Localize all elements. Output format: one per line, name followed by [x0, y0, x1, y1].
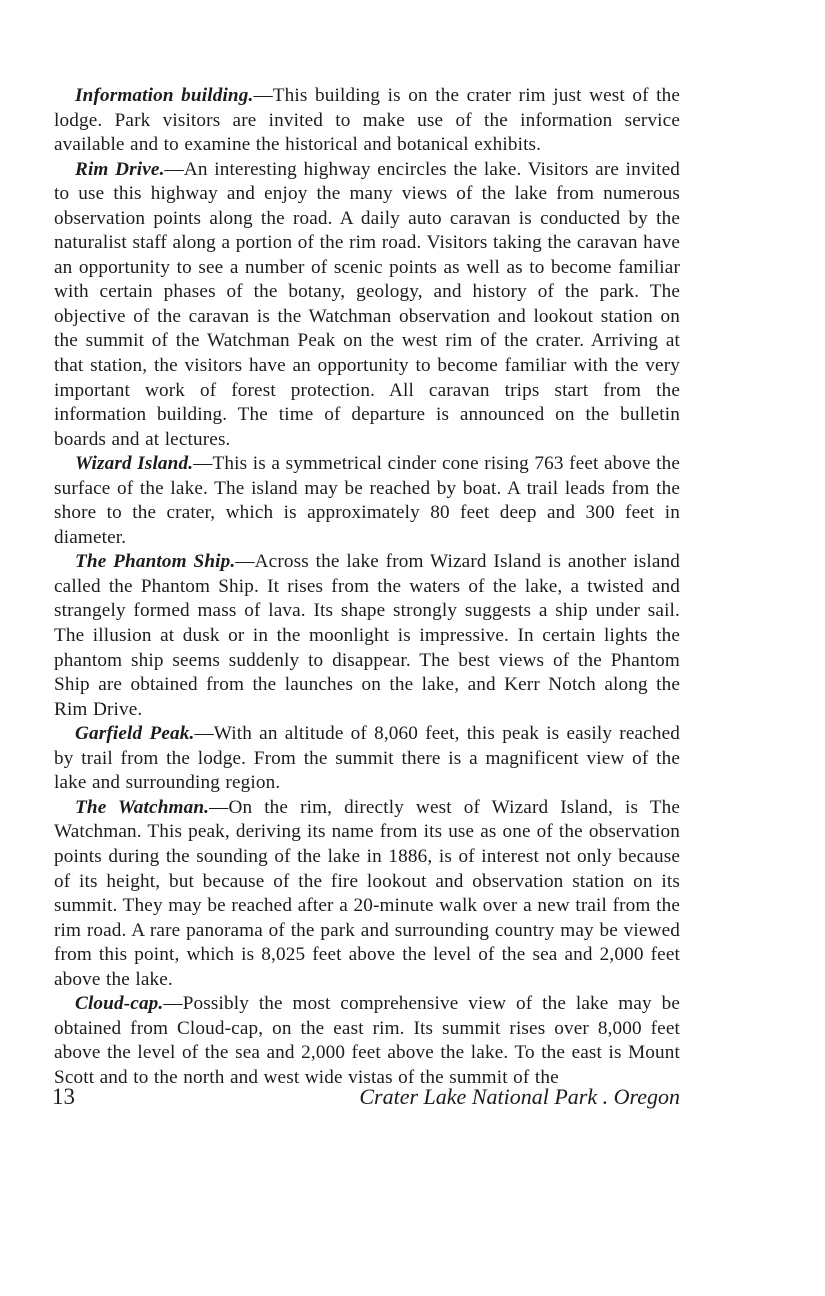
section-phantom-ship: The Phantom Ship.—Across the lake from W… [54, 550, 680, 722]
page-footer: 13 Crater Lake National Park . Oregon [52, 1082, 680, 1112]
section-heading: Rim Drive. [75, 159, 165, 180]
section-text: —On the rim, directly west of Wizard Isl… [54, 797, 680, 990]
section-text: —An interesting highway encircles the la… [54, 159, 680, 450]
running-title: Crater Lake National Park . Oregon [359, 1082, 680, 1112]
section-heading: Garfield Peak. [75, 723, 194, 744]
section-heading: Cloud-cap. [75, 993, 163, 1014]
section-heading: The Watchman. [75, 797, 209, 818]
section-heading: Wizard Island. [75, 453, 193, 474]
section-information-building: Information building.—This building is o… [54, 84, 680, 158]
section-rim-drive: Rim Drive.—An interesting highway encirc… [54, 158, 680, 453]
section-wizard-island: Wizard Island.—This is a symmetrical cin… [54, 452, 680, 550]
section-heading: The Phantom Ship. [75, 551, 235, 572]
section-text: —Across the lake from Wizard Island is a… [54, 551, 680, 719]
page-number: 13 [52, 1082, 75, 1112]
section-heading: Information building. [75, 85, 253, 106]
section-the-watchman: The Watchman.—On the rim, directly west … [54, 796, 680, 992]
section-cloud-cap: Cloud-cap.—Possibly the most comprehensi… [54, 992, 680, 1090]
page-body: Information building.—This building is o… [54, 84, 680, 1090]
section-garfield-peak: Garfield Peak.—With an altitude of 8,060… [54, 722, 680, 796]
